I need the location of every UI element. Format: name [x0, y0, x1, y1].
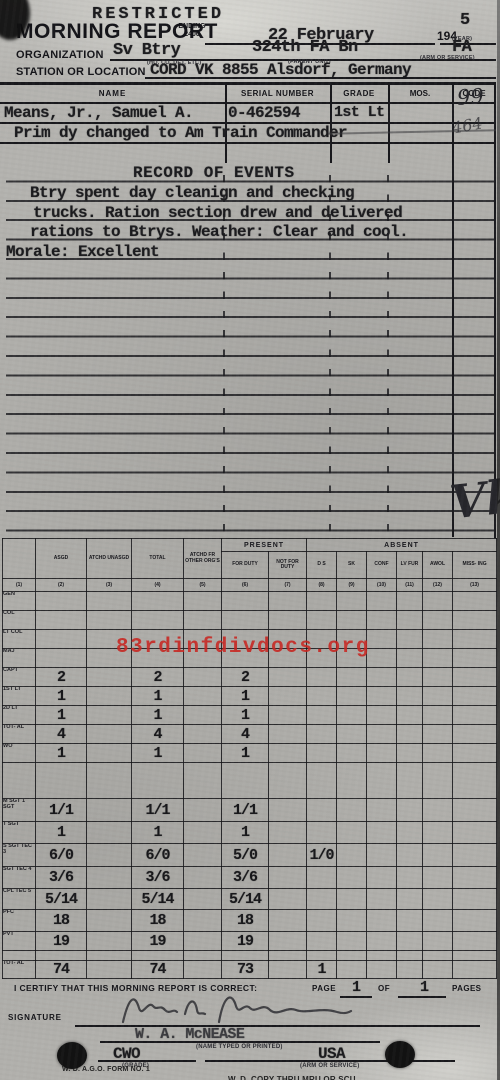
events-title: RECORD OF EVENTS: [133, 164, 295, 182]
grade-label-cell: S SGT TEC 3: [3, 844, 36, 867]
value-cell: [367, 822, 397, 844]
arm-entry: USA: [318, 1045, 345, 1063]
value-cell: [184, 867, 222, 889]
col-num: (10): [367, 579, 397, 592]
grade-label-cell: TOT- AL: [3, 961, 36, 979]
value-cell: [367, 592, 397, 611]
value-cell: [132, 951, 184, 961]
value-cell: [423, 951, 453, 961]
organization-label: ORGANIZATION: [16, 49, 104, 61]
strength-row: CAPT222: [3, 668, 497, 687]
value-cell: [87, 706, 132, 725]
strength-row: TOT- AL7474731: [3, 961, 497, 979]
value-cell: [87, 725, 132, 744]
value-cell: [397, 706, 423, 725]
value-cell: 74: [132, 961, 184, 979]
value-cell: [367, 668, 397, 687]
col-total: TOTAL: [132, 539, 184, 579]
value-cell: 4: [36, 725, 87, 744]
value-cell: [184, 822, 222, 844]
signature-scrawl: [115, 984, 355, 1030]
value-cell: [269, 744, 307, 763]
value-cell: [307, 668, 337, 687]
organization-parent: 324th FA Bn: [252, 38, 358, 57]
value-cell: [367, 630, 397, 649]
value-cell: [453, 687, 497, 706]
value-cell: [337, 799, 367, 822]
value-cell: 5/14: [222, 889, 269, 910]
value-cell: [453, 951, 497, 961]
value-cell: [397, 910, 423, 932]
value-cell: [423, 630, 453, 649]
value-cell: [87, 799, 132, 822]
value-cell: [269, 668, 307, 687]
value-cell: 19: [132, 932, 184, 951]
value-cell: [184, 889, 222, 910]
value-cell: [397, 630, 423, 649]
col-num: (1): [3, 579, 36, 592]
value-cell: 1/1: [222, 799, 269, 822]
grade-label-cell: LT COL: [3, 630, 36, 649]
value-cell: 1: [36, 744, 87, 763]
value-cell: 74: [36, 961, 87, 979]
signature-label: SIGNATURE: [8, 1013, 62, 1022]
value-cell: [423, 844, 453, 867]
value-cell: [184, 844, 222, 867]
value-cell: [307, 706, 337, 725]
value-cell: [36, 649, 87, 668]
col-num: (6): [222, 579, 269, 592]
value-cell: [397, 844, 423, 867]
value-cell: [337, 687, 367, 706]
value-cell: [184, 799, 222, 822]
value-cell: [36, 592, 87, 611]
value-cell: [87, 744, 132, 763]
strength-row: TOT- AL444: [3, 725, 497, 744]
value-cell: [453, 844, 497, 867]
grade-label-cell: GEN: [3, 592, 36, 611]
value-cell: [184, 951, 222, 961]
value-cell: [453, 961, 497, 979]
value-cell: [397, 889, 423, 910]
value-cell: [337, 725, 367, 744]
corner-cell: [3, 539, 36, 579]
value-cell: [269, 687, 307, 706]
value-cell: [423, 822, 453, 844]
value-cell: [87, 961, 132, 979]
value-cell: [423, 706, 453, 725]
value-cell: 1: [132, 822, 184, 844]
col-num: (9): [337, 579, 367, 592]
value-cell: [87, 592, 132, 611]
value-cell: [87, 889, 132, 910]
value-cell: [132, 763, 184, 799]
value-cell: [367, 961, 397, 979]
archive-watermark: 83rdinfdivdocs.org: [116, 636, 370, 659]
value-cell: [269, 932, 307, 951]
value-cell: [184, 592, 222, 611]
value-cell: 19: [222, 932, 269, 951]
col-for-duty: FOR DUTY: [222, 552, 269, 579]
col-sk: SK: [337, 552, 367, 579]
group-absent: ABSENT: [307, 539, 497, 552]
group-present: PRESENT: [222, 539, 307, 552]
value-cell: [367, 763, 397, 799]
value-cell: [453, 822, 497, 844]
value-cell: [337, 611, 367, 630]
station-label: STATION OR LOCATION: [16, 66, 146, 78]
value-cell: 1: [222, 687, 269, 706]
value-cell: 4: [222, 725, 269, 744]
value-cell: 5/14: [36, 889, 87, 910]
code-column-line: [452, 85, 454, 537]
value-cell: 1: [132, 706, 184, 725]
value-cell: [367, 910, 397, 932]
value-cell: [307, 611, 337, 630]
value-cell: [269, 961, 307, 979]
value-cell: [397, 668, 423, 687]
events-line-1: Btry spent day cleanign and checking: [30, 184, 354, 202]
value-cell: [87, 611, 132, 630]
value-cell: [337, 951, 367, 961]
strength-row: T SGT111: [3, 822, 497, 844]
value-cell: [36, 763, 87, 799]
value-cell: 3/6: [222, 867, 269, 889]
entry-code-handwritten: 99: [456, 84, 484, 110]
entry-code2-handwritten: 464: [451, 113, 484, 137]
value-cell: [337, 706, 367, 725]
entry-duty-change: Prim dy changed to Am Train Commander: [14, 124, 347, 142]
strength-row: [3, 951, 497, 961]
events-line-3: rations to Btrys. Weather: Clear and coo…: [30, 223, 408, 241]
value-cell: [367, 611, 397, 630]
value-cell: 2: [132, 668, 184, 687]
value-cell: [397, 867, 423, 889]
value-cell: [453, 763, 497, 799]
value-cell: [453, 725, 497, 744]
value-cell: 1/0: [307, 844, 337, 867]
entry-name: Means, Jr., Samuel A.: [4, 104, 193, 122]
strength-header-groups: ASGD ATCHD UNASGD TOTAL ATCHD FR OTHER O…: [3, 539, 497, 552]
col-num: (13): [453, 579, 497, 592]
value-cell: [87, 687, 132, 706]
col-num: (4): [132, 579, 184, 592]
classification-banner: RESTRICTED: [92, 5, 224, 24]
value-cell: [184, 611, 222, 630]
strength-row: SGT TEC 43/63/63/6: [3, 867, 497, 889]
value-cell: [269, 763, 307, 799]
value-cell: [453, 889, 497, 910]
value-cell: [367, 725, 397, 744]
entry-serial: 0-462594: [228, 104, 300, 122]
grade-label-cell: M SGT 1 SGT: [3, 799, 36, 822]
value-cell: [222, 763, 269, 799]
value-cell: 6/0: [132, 844, 184, 867]
value-cell: [337, 668, 367, 687]
value-cell: [367, 649, 397, 668]
strength-row: PFC181818: [3, 910, 497, 932]
value-cell: 18: [132, 910, 184, 932]
col-mos: MOS.: [388, 89, 452, 98]
value-cell: [269, 725, 307, 744]
value-cell: [423, 867, 453, 889]
grade-label-cell: [3, 951, 36, 961]
value-cell: [184, 763, 222, 799]
value-cell: [397, 822, 423, 844]
grade-label-cell: CAPT: [3, 668, 36, 687]
value-cell: [337, 744, 367, 763]
ending-time: 2400: [184, 31, 200, 38]
col-not-for-duty: NOT FOR DUTY: [269, 552, 307, 579]
value-cell: [36, 630, 87, 649]
value-cell: [453, 668, 497, 687]
value-cell: [367, 744, 397, 763]
value-cell: [184, 932, 222, 951]
value-cell: [337, 889, 367, 910]
value-cell: [397, 687, 423, 706]
value-cell: [307, 799, 337, 822]
ending-label: ENDING 2400: [176, 23, 208, 39]
value-cell: [307, 932, 337, 951]
value-cell: [423, 687, 453, 706]
value-cell: 18: [36, 910, 87, 932]
typed-name-hint: (NAME TYPED OR PRINTED): [196, 1044, 283, 1050]
strength-row: [3, 763, 497, 799]
value-cell: [269, 799, 307, 822]
col-missing: MISS- ING: [453, 552, 497, 579]
value-cell: [397, 951, 423, 961]
pages-number: 1: [420, 979, 428, 996]
value-cell: 1: [132, 744, 184, 763]
value-cell: [397, 611, 423, 630]
of-label: OF: [378, 984, 390, 993]
value-cell: [423, 668, 453, 687]
margin-initials-handwritten: Vk: [447, 469, 500, 530]
value-cell: [423, 744, 453, 763]
value-cell: [184, 706, 222, 725]
value-cell: 73: [222, 961, 269, 979]
organization-unit: Sv Btry: [113, 41, 180, 60]
value-cell: 5/0: [222, 844, 269, 867]
value-cell: [337, 592, 367, 611]
col-awol: AWOL: [423, 552, 453, 579]
value-cell: [307, 725, 337, 744]
value-cell: [269, 592, 307, 611]
value-cell: 1: [307, 961, 337, 979]
value-cell: [337, 910, 367, 932]
value-cell: [397, 961, 423, 979]
value-cell: [307, 763, 337, 799]
value-cell: [453, 799, 497, 822]
strength-row: M SGT 1 SGT1/11/11/1: [3, 799, 497, 822]
routing-note: W. D. COPY THRU MRU OR SCU: [228, 1075, 356, 1080]
col-name: NAME: [0, 89, 225, 98]
value-cell: [269, 844, 307, 867]
value-cell: [337, 867, 367, 889]
value-cell: [367, 951, 397, 961]
value-cell: [453, 592, 497, 611]
value-cell: [184, 910, 222, 932]
value-cell: [87, 763, 132, 799]
value-cell: [367, 706, 397, 725]
value-cell: [367, 799, 397, 822]
value-cell: 1: [222, 706, 269, 725]
value-cell: 1: [132, 687, 184, 706]
morning-report-scan: RESTRICTED MORNING REPORT ENDING 2400 22…: [0, 0, 500, 1080]
value-cell: [453, 611, 497, 630]
value-cell: [184, 744, 222, 763]
col-lv-fur: LV FUR: [397, 552, 423, 579]
value-cell: [222, 611, 269, 630]
col-num: (8): [307, 579, 337, 592]
grade-label-cell: T SGT: [3, 822, 36, 844]
pages-rule: [398, 996, 446, 998]
value-cell: [307, 592, 337, 611]
value-cell: [184, 961, 222, 979]
events-line-4: Morale: Excellent: [6, 243, 159, 261]
strength-row: CPL TEC 55/145/145/14: [3, 889, 497, 910]
value-cell: [423, 592, 453, 611]
value-cell: [423, 763, 453, 799]
col-serial: SERIAL NUMBER: [225, 89, 330, 98]
value-cell: [269, 951, 307, 961]
value-cell: [453, 932, 497, 951]
col-num: (11): [397, 579, 423, 592]
grade-label-cell: 1ST LT: [3, 687, 36, 706]
value-cell: [222, 592, 269, 611]
value-cell: [453, 706, 497, 725]
value-cell: [453, 910, 497, 932]
strength-row: PVT191919: [3, 932, 497, 951]
value-cell: [87, 951, 132, 961]
value-cell: [184, 687, 222, 706]
value-cell: 4: [132, 725, 184, 744]
entry-grade: 1st Lt: [334, 104, 384, 121]
value-cell: [397, 763, 423, 799]
value-cell: [307, 951, 337, 961]
value-cell: [87, 844, 132, 867]
value-cell: 1: [36, 687, 87, 706]
value-cell: [337, 763, 367, 799]
header-divider: [0, 82, 496, 85]
value-cell: [453, 649, 497, 668]
grade-label-cell: MAJ: [3, 649, 36, 668]
col-grade: GRADE: [330, 89, 388, 98]
value-cell: 1: [36, 822, 87, 844]
value-cell: [423, 889, 453, 910]
value-cell: [87, 910, 132, 932]
value-cell: 2: [36, 668, 87, 687]
value-cell: [337, 932, 367, 951]
value-cell: [307, 744, 337, 763]
value-cell: [307, 910, 337, 932]
arm-hint: (ARM OR SERVICE): [300, 1063, 359, 1069]
value-cell: [453, 630, 497, 649]
value-cell: [87, 668, 132, 687]
value-cell: 1: [36, 706, 87, 725]
value-cell: [367, 932, 397, 951]
strength-row: COL: [3, 611, 497, 630]
value-cell: [367, 867, 397, 889]
value-cell: 18: [222, 910, 269, 932]
strength-row: WO111: [3, 744, 497, 763]
value-cell: 19: [36, 932, 87, 951]
value-cell: [307, 687, 337, 706]
value-cell: [397, 592, 423, 611]
col-num: (2): [36, 579, 87, 592]
value-cell: 3/6: [36, 867, 87, 889]
value-cell: [132, 611, 184, 630]
value-cell: [36, 951, 87, 961]
value-cell: 5/14: [132, 889, 184, 910]
value-cell: [397, 932, 423, 951]
value-cell: [423, 932, 453, 951]
col-ds: D S: [307, 552, 337, 579]
strength-row: S SGT TEC 36/06/05/01/0: [3, 844, 497, 867]
grade-label-cell: SGT TEC 4: [3, 867, 36, 889]
value-cell: [269, 706, 307, 725]
punch-hole-right: [385, 1041, 415, 1068]
value-cell: [269, 822, 307, 844]
strength-row: 2D LT111: [3, 706, 497, 725]
name-grid-line: [0, 142, 496, 144]
grade-label-cell: TOT- AL: [3, 725, 36, 744]
strength-table: ASGD ATCHD UNASGD TOTAL ATCHD FR OTHER O…: [2, 538, 497, 979]
value-cell: 1/1: [36, 799, 87, 822]
grade-entry: CWO: [113, 1045, 140, 1063]
value-cell: [222, 951, 269, 961]
value-cell: [269, 910, 307, 932]
grade-label-cell: COL: [3, 611, 36, 630]
value-cell: [397, 725, 423, 744]
col-atchd-fr: ATCHD FR OTHER ORG'S: [184, 539, 222, 579]
value-cell: [423, 649, 453, 668]
col-num: (3): [87, 579, 132, 592]
grade-label-cell: PFC: [3, 910, 36, 932]
value-cell: 3/6: [132, 867, 184, 889]
value-cell: [307, 867, 337, 889]
value-cell: [423, 725, 453, 744]
value-cell: [307, 889, 337, 910]
grade-label-cell: PVT: [3, 932, 36, 951]
col-num: (5): [184, 579, 222, 592]
value-cell: [184, 725, 222, 744]
value-cell: [397, 799, 423, 822]
value-cell: [423, 799, 453, 822]
strength-header-numbers: (1) (2) (3) (4) (5) (6) (7) (8) (9) (10)…: [3, 579, 497, 592]
value-cell: [337, 961, 367, 979]
grade-label-cell: WO: [3, 744, 36, 763]
value-cell: [397, 744, 423, 763]
ending-word: ENDING: [178, 23, 205, 30]
value-cell: [367, 687, 397, 706]
value-cell: [184, 668, 222, 687]
value-cell: [337, 822, 367, 844]
value-cell: [337, 844, 367, 867]
value-cell: [397, 649, 423, 668]
col-num: (7): [269, 579, 307, 592]
col-num: (12): [423, 579, 453, 592]
value-cell: [453, 867, 497, 889]
col-conf: CONF: [367, 552, 397, 579]
value-cell: 6/0: [36, 844, 87, 867]
punch-hole-left: [57, 1042, 87, 1069]
events-line-2: trucks. Ration section drew and delivere…: [33, 204, 402, 222]
value-cell: [269, 867, 307, 889]
value-cell: [87, 867, 132, 889]
value-cell: [423, 910, 453, 932]
value-cell: [367, 889, 397, 910]
